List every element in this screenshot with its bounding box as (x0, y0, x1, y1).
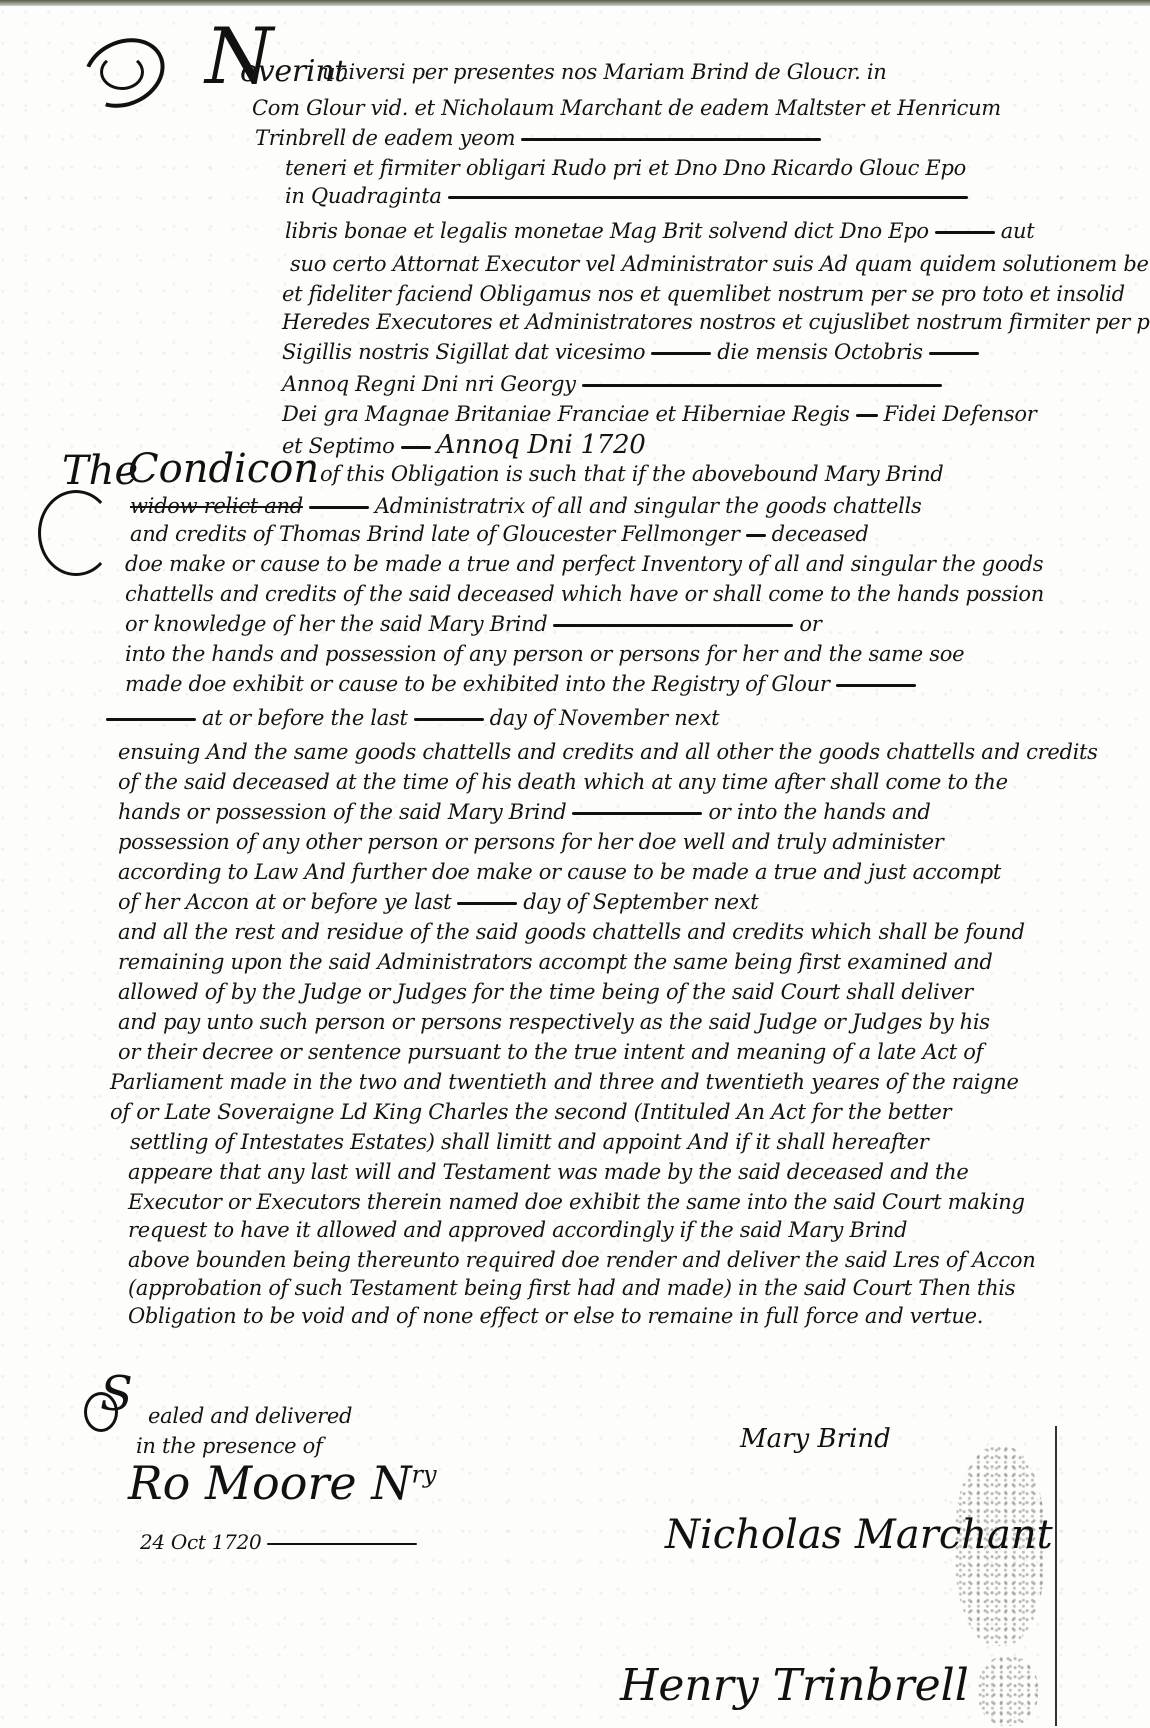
bond-text: suo certo Attornat Executor vel Administ… (290, 252, 1150, 276)
condition-word: Condicon (128, 446, 319, 492)
condition-initial: The (62, 448, 138, 494)
condition-line-10: ensuing And the same goods chattells and… (118, 740, 1098, 764)
condition-text: day of November next (490, 706, 720, 730)
condition-text: appeare that any last will and Testament… (128, 1160, 968, 1184)
condition-text: above bounden being thereunto required d… (128, 1248, 1035, 1272)
document-page: N overint universi per presentes nos Mar… (0, 6, 1150, 1728)
blank-fill-line (414, 718, 484, 721)
condition-line-11: of the said deceased at the time of his … (118, 770, 1008, 794)
condition-flourish-icon (38, 490, 114, 576)
condition-text: Parliament made in the two and twentieth… (110, 1070, 1019, 1094)
condition-line-13: possession of any other person or person… (118, 830, 944, 854)
condition-line-25: Executor or Executors therein named doe … (128, 1190, 1025, 1214)
condition-text: day of September next (523, 890, 758, 914)
condition-line-5: chattells and credits of the said deceas… (125, 582, 1044, 606)
bond-line-1: universi per presentes nos Mariam Brind … (322, 60, 887, 84)
condition-line-26: request to have it allowed and approved … (128, 1218, 907, 1242)
blank-fill-line (746, 534, 766, 537)
condition-text: and pay unto such person or persons resp… (118, 1010, 990, 1034)
blank-fill-line (935, 231, 995, 234)
bond-text: Fidei Defensor (884, 402, 1037, 426)
condition-text: Obligation to be void and of none effect… (128, 1304, 983, 1328)
condition-line-16: and all the rest and residue of the said… (118, 920, 1025, 944)
bond-line-5: in Quadraginta (285, 184, 974, 208)
condition-text: widow relict and (130, 494, 303, 518)
condition-text: of or Late Soveraigne Ld King Charles th… (110, 1100, 951, 1124)
condition-text: or their decree or sentence pursuant to … (118, 1040, 983, 1064)
blank-fill-line (572, 812, 702, 815)
witness-date-rule (267, 1543, 417, 1545)
condition-text: (approbation of such Testament being fir… (128, 1276, 1015, 1300)
blank-fill-line (582, 384, 942, 387)
condition-line-4: doe make or cause to be made a true and … (125, 552, 1043, 576)
condition-line-2: widow relict andAdministratrix of all an… (130, 494, 922, 518)
bond-text: Trinbrell de eadem yeom (255, 126, 515, 150)
bond-line-9: Heredes Executores et Administratores no… (282, 310, 1150, 334)
condition-text: allowed of by the Judge or Judges for th… (118, 980, 973, 1004)
condition-line-14: according to Law And further doe make or… (118, 860, 1001, 884)
condition-text: and credits of Thomas Brind late of Glou… (130, 522, 740, 546)
condition-line-29: Obligation to be void and of none effect… (128, 1304, 983, 1328)
condition-text: of her Accon at or before ye last (118, 890, 451, 914)
blank-fill-line (106, 718, 196, 721)
blank-fill-line (309, 506, 369, 509)
condition-text: ensuing And the same goods chattells and… (118, 740, 1098, 764)
bond-text: libris bonae et legalis monetae Mag Brit… (285, 219, 929, 243)
witness-signature: Ro Moore Nry (128, 1456, 437, 1510)
bond-text: teneri et firmiter obligari Rudo pri et … (285, 156, 966, 180)
bond-line-12: Dei gra Magnae Britaniae Franciae et Hib… (282, 402, 1036, 426)
condition-text: or knowledge of her the said Mary Brind (125, 612, 547, 636)
bond-text: Annoq Dni 1720 (437, 430, 646, 460)
condition-text: remaining upon the said Administrators a… (118, 950, 993, 974)
condition-text: at or before the last (202, 706, 408, 730)
condition-line-18: allowed of by the Judge or Judges for th… (118, 980, 973, 1004)
witness-date-text: 24 Oct 1720 (140, 1530, 261, 1554)
condition-line-22: of or Late Soveraigne Ld King Charles th… (110, 1100, 951, 1124)
bond-text: Sigillis nostris Sigillat dat vicesimo (282, 340, 645, 364)
bond-line-3: Trinbrell de eadem yeom (255, 126, 827, 150)
witness-date: 24 Oct 1720 (140, 1530, 423, 1554)
witness-line-2: in the presence of (136, 1434, 323, 1458)
bond-text: Heredes Executores et Administratores no… (282, 310, 1150, 334)
bond-text: Com Glour vid. et Nicholaum Marchant de … (252, 96, 1001, 120)
condition-text: chattells and credits of the said deceas… (125, 582, 1044, 606)
witness-name-suffix: ry (412, 1461, 437, 1489)
condition-line-21: Parliament made in the two and twentieth… (110, 1070, 1019, 1094)
blank-fill-line (651, 352, 711, 355)
condition-line-12: hands or possession of the said Mary Bri… (118, 800, 931, 824)
blank-fill-line (401, 446, 431, 449)
bond-line-4: teneri et firmiter obligari Rudo pri et … (285, 156, 966, 180)
bond-line-2: Com Glour vid. et Nicholaum Marchant de … (252, 96, 1001, 120)
bond-text: Annoq Regni Dni nri Georgy (282, 372, 576, 396)
seal-strip-edge (1055, 1426, 1057, 1726)
condition-text: made doe exhibit or cause to be exhibite… (125, 672, 830, 696)
bond-line-10: Sigillis nostris Sigillat dat vicesimodi… (282, 340, 985, 364)
bond-text: die mensis Octobris (717, 340, 922, 364)
condition-line-8: made doe exhibit or cause to be exhibite… (125, 672, 922, 696)
condition-line-3: and credits of Thomas Brind late of Glou… (130, 522, 869, 546)
witness-name: Ro Moore N (128, 1456, 412, 1510)
condition-text: possession of any other person or person… (118, 830, 944, 854)
blank-fill-line (929, 352, 979, 355)
condition-text: Administratrix of all and singular the g… (375, 494, 922, 518)
bond-line-11: Annoq Regni Dni nri Georgy (282, 372, 948, 396)
blank-fill-line (521, 138, 821, 141)
condition-line-7: into the hands and possession of any per… (125, 642, 964, 666)
condition-text: hands or possession of the said Mary Bri… (118, 800, 566, 824)
condition-text: of this Obligation is such that if the a… (320, 462, 943, 486)
condition-text: of the said deceased at the time of his … (118, 770, 1008, 794)
witness-initial: S (100, 1366, 133, 1422)
condition-text: Executor or Executors therein named doe … (128, 1190, 1025, 1214)
condition-text: or (799, 612, 821, 636)
blank-fill-line (856, 414, 878, 417)
bond-text: et fideliter faciend Obligamus nos et qu… (282, 282, 1125, 306)
condition-line-20: or their decree or sentence pursuant to … (118, 1040, 983, 1064)
blank-fill-line (457, 902, 517, 905)
condition-line-23: settling of Intestates Estates) shall li… (130, 1130, 928, 1154)
condition-text: or into the hands and (708, 800, 930, 824)
condition-text: and all the rest and residue of the said… (118, 920, 1025, 944)
condition-text: into the hands and possession of any per… (125, 642, 964, 666)
bond-text: Dei gra Magnae Britaniae Franciae et Hib… (282, 402, 850, 426)
condition-text: doe make or cause to be made a true and … (125, 552, 1043, 576)
condition-line-24: appeare that any last will and Testament… (128, 1160, 968, 1184)
condition-line-28: (approbation of such Testament being fir… (128, 1276, 1015, 1300)
witness-line-1: ealed and delivered (148, 1404, 352, 1428)
opening-flourish-inner-icon (100, 54, 144, 90)
condition-line-9: at or before the lastday of November nex… (100, 706, 719, 730)
bond-line-13: et SeptimoAnnoq Dni 1720 (282, 430, 645, 460)
bond-line-7: suo certo Attornat Executor vel Administ… (290, 252, 1150, 276)
signature-henry-trinbrell: Henry Trinbrell (620, 1660, 969, 1711)
condition-line-17: remaining upon the said Administrators a… (118, 950, 993, 974)
condition-text: request to have it allowed and approved … (128, 1218, 907, 1242)
condition-text: according to Law And further doe make or… (118, 860, 1001, 884)
condition-line-19: and pay unto such person or persons resp… (118, 1010, 990, 1034)
bond-text: aut (1001, 219, 1035, 243)
condition-line-6: or knowledge of her the said Mary Brindo… (125, 612, 821, 636)
blank-fill-line (836, 684, 916, 687)
blank-fill-line (448, 196, 968, 199)
bond-text: in Quadraginta (285, 184, 442, 208)
wax-seal-icon (955, 1446, 1045, 1646)
blank-fill-line (553, 624, 793, 627)
condition-text: settling of Intestates Estates) shall li… (130, 1130, 928, 1154)
condition-line-27: above bounden being thereunto required d… (128, 1248, 1035, 1272)
signature-mary-brind: Mary Brind (740, 1424, 891, 1454)
condition-text: deceased (772, 522, 869, 546)
condition-line-1: of this Obligation is such that if the a… (320, 462, 943, 486)
bond-line-8: et fideliter faciend Obligamus nos et qu… (282, 282, 1125, 306)
wax-seal-icon (978, 1656, 1038, 1726)
bond-line-6: libris bonae et legalis monetae Mag Brit… (285, 219, 1034, 243)
bond-text: universi per presentes nos Mariam Brind … (322, 60, 887, 84)
condition-line-15: of her Accon at or before ye lastday of … (118, 890, 758, 914)
